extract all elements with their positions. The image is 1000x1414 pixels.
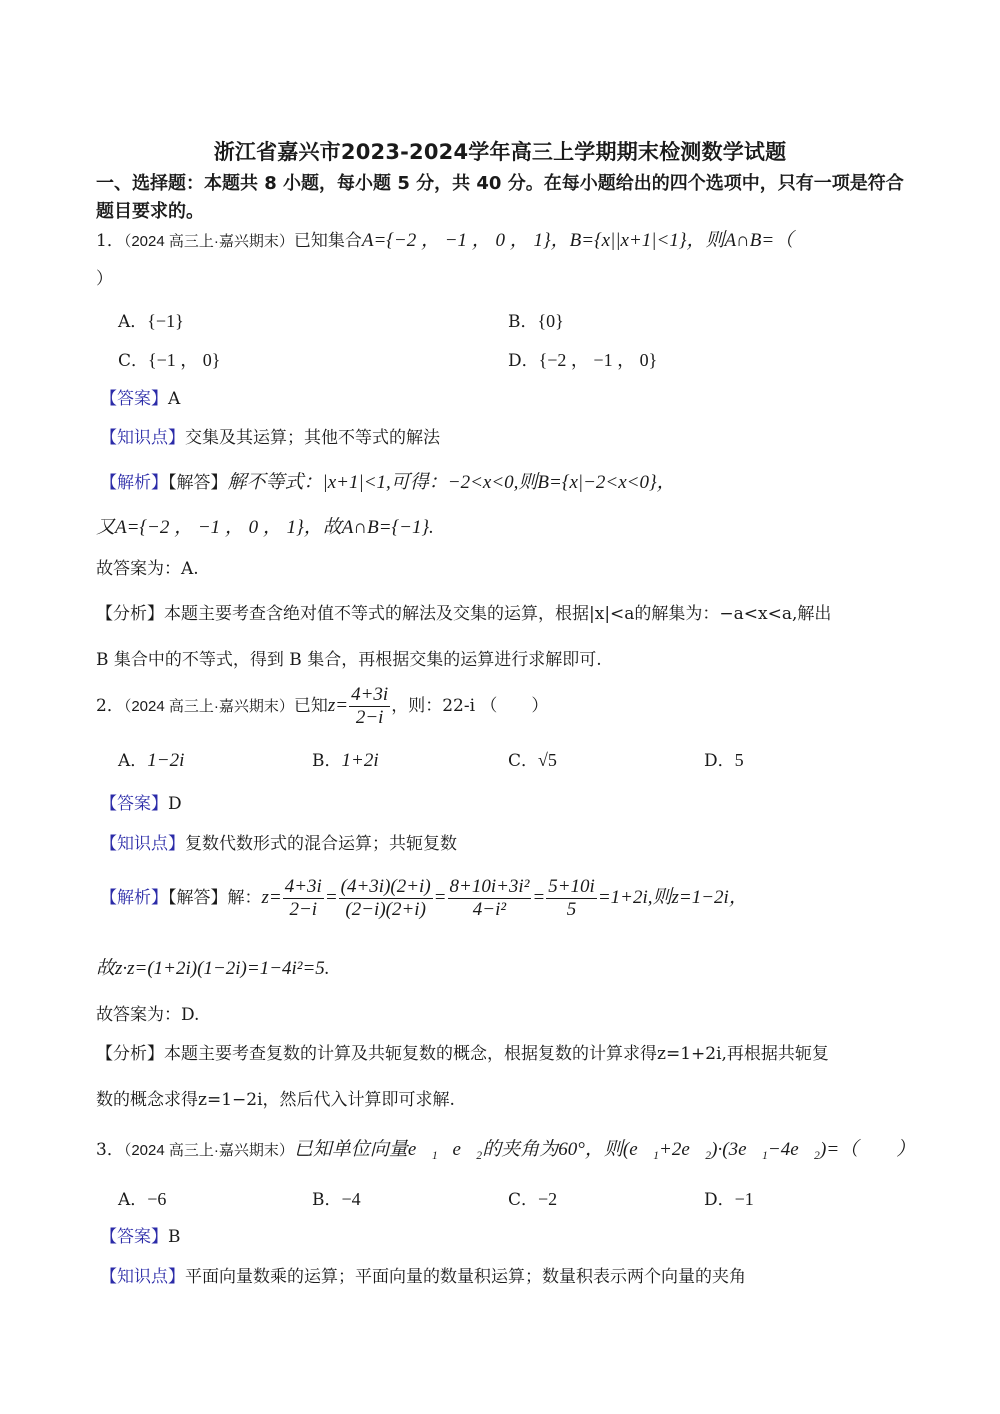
question-2-review: 【分析】本题主要考查复数的计算及共轭复数的概念，根据复数的计算求得z=1+2i,…: [96, 1043, 829, 1065]
analysis-label: 【解析】: [100, 473, 168, 493]
question-3-option-a: A．−6: [118, 1185, 166, 1210]
knowledge-label: 【知识点】: [100, 428, 185, 448]
fraction-step-2: (4+3i)(2+i)(2−i)(2+i): [339, 876, 433, 921]
question-1-option-b: B．{0}: [508, 307, 564, 332]
question-2-answer: 【答案】D: [100, 793, 182, 815]
answer-label: 【答案】: [100, 389, 168, 409]
question-3-option-b: B．−4: [312, 1185, 361, 1210]
question-1-review: 【分析】本题主要考查含绝对值不等式的解法及交集的运算，根据|x|<a的解集为：−…: [96, 603, 831, 625]
fraction-step-3: 8+10i+3i²4−i²: [448, 876, 532, 921]
question-1-review-line2: B 集合中的不等式，得到 B 集合，再根据交集的运算进行求解即可.: [96, 649, 602, 671]
fraction: 4+3i2−i: [349, 684, 390, 729]
question-2-stem: 2．（2024 高三上·嘉兴期末）已知z=4+3i2−i，则：22-i （ ）: [96, 684, 548, 729]
section-heading: 一、选择题：本题共 8 小题，每小题 5 分，共 40 分。在每小题给出的四个选…: [96, 170, 916, 226]
fraction-step-4: 5+10i5: [546, 876, 597, 921]
question-3-answer: 【答案】B: [100, 1226, 181, 1248]
question-3-stem: 3．（2024 高三上·嘉兴期末）已知单位向量e⃗₁，e⃗₂的夹角为60°，则(…: [96, 1139, 915, 1162]
fraction-step-1: 4+3i2−i: [283, 876, 324, 921]
question-2-option-a: A．1−2i: [118, 746, 184, 772]
question-1-knowledge: 【知识点】交集及其运算；其他不等式的解法: [100, 427, 440, 449]
question-1-option-a: A．{−1}: [118, 307, 184, 332]
question-1-analysis: 【解析】【解答】解不等式：|x+1|<1,可得：−2<x<0,则B={x|−2<…: [100, 472, 676, 494]
question-source: （2024 高三上·嘉兴期末）: [124, 233, 294, 250]
question-1-option-d: D．{−2 ， −1 ， 0}: [508, 346, 657, 372]
question-2-option-c: C．√5: [508, 746, 557, 771]
exam-page: 浙江省嘉兴市2023-2024学年高三上学期期末检测数学试题 一、选择题：本题共…: [0, 0, 1000, 1414]
question-1-answer: 【答案】A: [100, 388, 180, 410]
answer-value: A: [168, 389, 180, 409]
question-3-knowledge: 【知识点】平面向量数乘的运算；平面向量的数量积运算；数量积表示两个向量的夹角: [100, 1266, 746, 1288]
question-2-analysis: 【解析】【解答】解：z=4+3i2−i=(4+3i)(2+i)(2−i)(2+i…: [100, 876, 748, 921]
question-2-review-line2: 数的概念求得z=1−2i，然后代入计算即可求解.: [96, 1089, 455, 1111]
question-2-option-b: B．1+2i: [312, 746, 379, 772]
question-1-option-c: C．{−1 ， 0}: [118, 346, 220, 372]
document-title: 浙江省嘉兴市2023-2024学年高三上学期期末检测数学试题: [0, 136, 1000, 166]
solution-label: 【解答】: [168, 473, 228, 493]
question-stem-math: A={−2 ， −1 ， 0 ， 1}，B={x||x+1|<1}，则A∩B=（: [362, 230, 793, 251]
question-1-stem-tail: ）: [96, 268, 113, 290]
question-2-solution-line2: 故z·z=(1+2i)(1−2i)=1−4i²=5.: [96, 958, 330, 980]
question-3-option-c: C．−2: [508, 1185, 557, 1210]
question-1-stem: 1．（2024 高三上·嘉兴期末）已知集合A={−2 ， −1 ， 0 ， 1}…: [96, 230, 793, 253]
question-3-option-d: D．−1: [704, 1185, 754, 1210]
question-2-knowledge: 【知识点】复数代数形式的混合运算；共轭复数: [100, 833, 457, 855]
question-1-solution-line2: 又A={−2 ， −1 ， 0 ， 1}，故A∩B={−1}.: [96, 517, 434, 539]
question-number: 1．: [96, 231, 124, 251]
review-label: 【分析】: [96, 604, 164, 624]
question-2-conclusion: 故答案为：D.: [96, 1004, 199, 1026]
question-1-conclusion: 故答案为：A.: [96, 558, 199, 580]
question-stem-prefix: 已知集合: [294, 231, 362, 251]
question-2-option-d: D．5: [704, 746, 744, 771]
